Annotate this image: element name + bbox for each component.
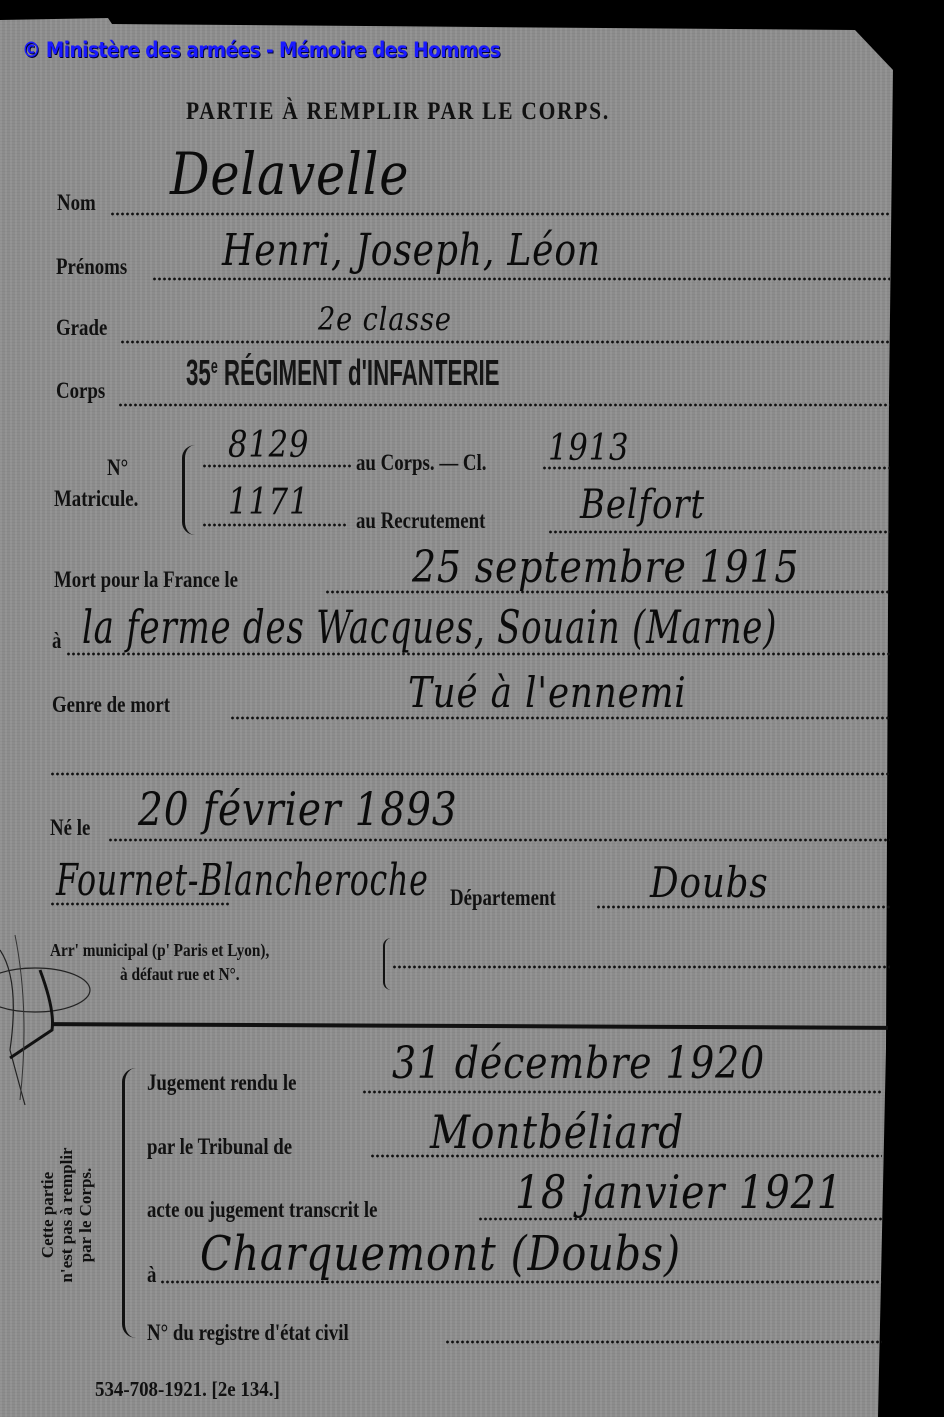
label-jugement-rendu: Jugement rendu le: [147, 1070, 296, 1096]
value-jugement-date: 31 décembre 1920: [392, 1038, 765, 1089]
label-matricule-no: N°: [107, 455, 128, 481]
print-reference: 534-708-1921. [2e 134.]: [95, 1377, 280, 1402]
label-transcrit-lieu: à: [147, 1262, 156, 1288]
label-grade: Grade: [56, 315, 107, 341]
matricule-brace: [182, 445, 195, 535]
field-line-corps: [118, 403, 890, 407]
value-matricule-recrutement: 1171: [228, 482, 309, 523]
value-genre-mort: Tué à l'ennemi: [408, 668, 687, 717]
label-au-recrutement: au Recrutement: [356, 508, 485, 534]
value-transcrit-date: 18 janvier 1921: [515, 1165, 843, 1219]
label-departement: Département: [450, 885, 556, 911]
field-line-nom: [110, 212, 890, 216]
value-lieu-naissance: Fournet-Blancheroche: [56, 855, 429, 906]
label-lieu-deces: à: [52, 628, 61, 654]
value-classe: 1913: [548, 428, 629, 469]
value-recrutement: Belfort: [580, 482, 705, 528]
margin-scribble: [0, 930, 100, 1110]
label-matricule: Matricule.: [54, 486, 138, 512]
arr-brace: [383, 938, 391, 990]
label-registre: N° du registre d'état civil: [147, 1320, 349, 1346]
label-arr-municipal-sub: à défaut rue et N°.: [120, 964, 240, 985]
label-au-corps: au Corps. — Cl.: [356, 450, 486, 476]
value-transcrit-lieu: Charquemont (Doubs): [200, 1226, 681, 1282]
value-departement: Doubs: [650, 858, 769, 907]
field-line-date-naissance: [108, 838, 890, 842]
value-date-naissance: 20 février 1893: [138, 782, 458, 836]
value-nom: Delavelle: [170, 140, 409, 208]
corps-stamp: 35e RÉGIMENT d'INFANTERIE: [186, 352, 500, 394]
field-line-recrutement: [548, 530, 890, 534]
side-note-line-1: Cette partie: [38, 1100, 57, 1330]
value-matricule-corps: 8129: [228, 425, 309, 466]
value-date-deces: 25 septembre 1915: [412, 542, 799, 593]
field-line-grade: [120, 340, 890, 344]
stamp-number: 35: [186, 352, 211, 393]
label-nom: Nom: [57, 190, 96, 216]
label-tribunal: par le Tribunal de: [147, 1134, 292, 1160]
stamp-suffix: e: [211, 356, 218, 378]
blank-line: [50, 772, 890, 776]
field-line-registre: [445, 1340, 882, 1344]
label-mort-le: Mort pour la France le: [54, 567, 238, 593]
value-grade: 2e classe: [318, 300, 452, 338]
label-transcrit: acte ou jugement transcrit le: [147, 1197, 377, 1223]
label-genre-mort: Genre de mort: [52, 692, 170, 718]
side-note-line-2: n'est pas à remplir: [57, 1100, 76, 1330]
field-line-prenoms: [152, 277, 890, 281]
form-title: PARTIE À REMPLIR PAR LE CORPS.: [186, 98, 610, 126]
side-note-line-3: par le Corps.: [76, 1100, 95, 1330]
field-line-jugement-date: [362, 1090, 882, 1094]
stamp-regiment: RÉGIMENT d'INFANTERIE: [224, 352, 500, 393]
lower-section-brace: [122, 1068, 137, 1338]
value-lieu-deces: la ferme des Wacques, Souain (Marne): [82, 600, 777, 654]
side-note: Cette partie n'est pas à remplir par le …: [38, 1100, 95, 1330]
value-prenoms: Henri, Joseph, Léon: [222, 225, 601, 276]
value-tribunal: Montbéliard: [430, 1105, 684, 1159]
label-ne-le: Né le: [50, 815, 90, 841]
label-corps: Corps: [56, 378, 105, 404]
copyright-watermark: © Ministère des armées - Mémoire des Hom…: [22, 38, 500, 62]
field-line-matricule-recrutement: [202, 523, 347, 527]
field-line-arr-municipal: [392, 965, 890, 969]
label-prenoms: Prénoms: [56, 254, 127, 280]
